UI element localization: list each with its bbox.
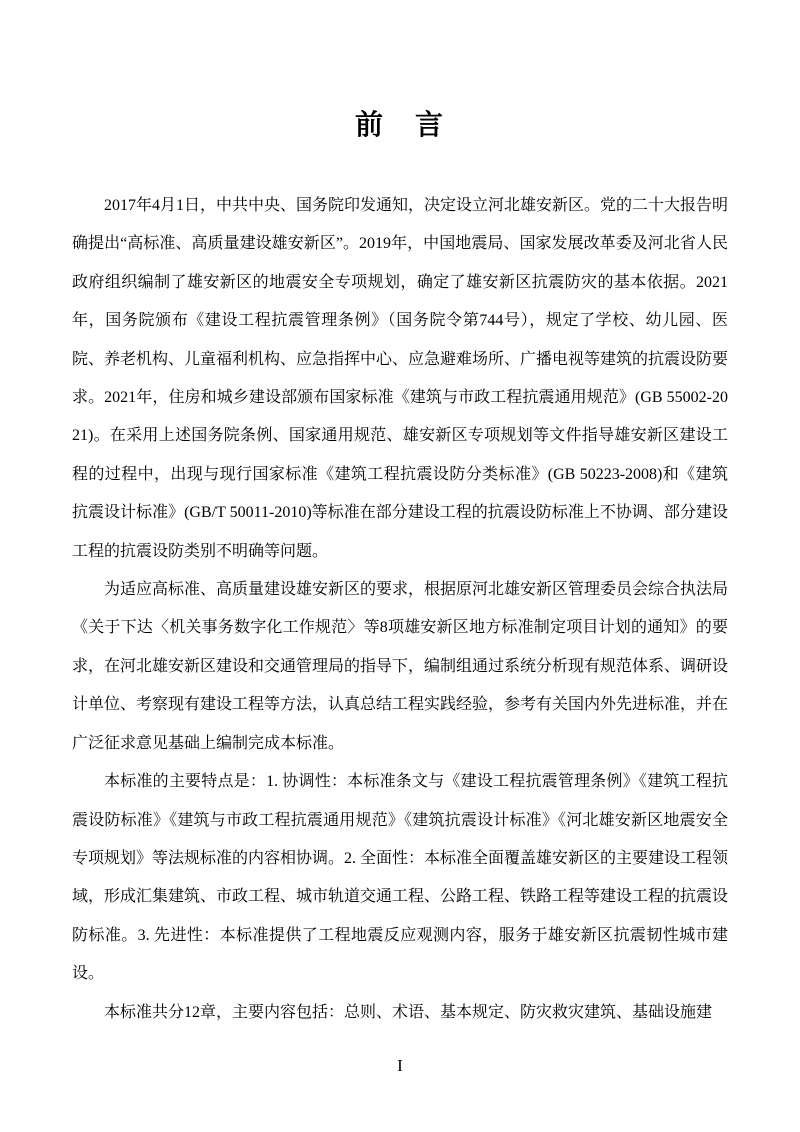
document-body: 2017年4月1日，中共中央、国务院印发通知，决定设立河北雄安新区。党的二十大报…	[72, 187, 728, 1032]
paragraph-basis: 为适应高标准、高质量建设雄安新区的要求，根据原河北雄安新区管理委员会综合执法局《…	[72, 571, 728, 763]
paragraph-features: 本标准的主要特点是：1. 协调性：本标准条文与《建设工程抗震管理条例》《建筑工程…	[72, 763, 728, 993]
paragraph-history: 2017年4月1日，中共中央、国务院印发通知，决定设立河北雄安新区。党的二十大报…	[72, 187, 728, 571]
paragraph-contents: 本标准共分12章，主要内容包括：总则、术语、基本规定、防灾救灾建筑、基础设施建	[72, 994, 728, 1032]
page-number: I	[0, 1056, 800, 1076]
page-title: 前 言	[0, 103, 800, 143]
document-page: 前 言 2017年4月1日，中共中央、国务院印发通知，决定设立河北雄安新区。党的…	[0, 0, 800, 1132]
